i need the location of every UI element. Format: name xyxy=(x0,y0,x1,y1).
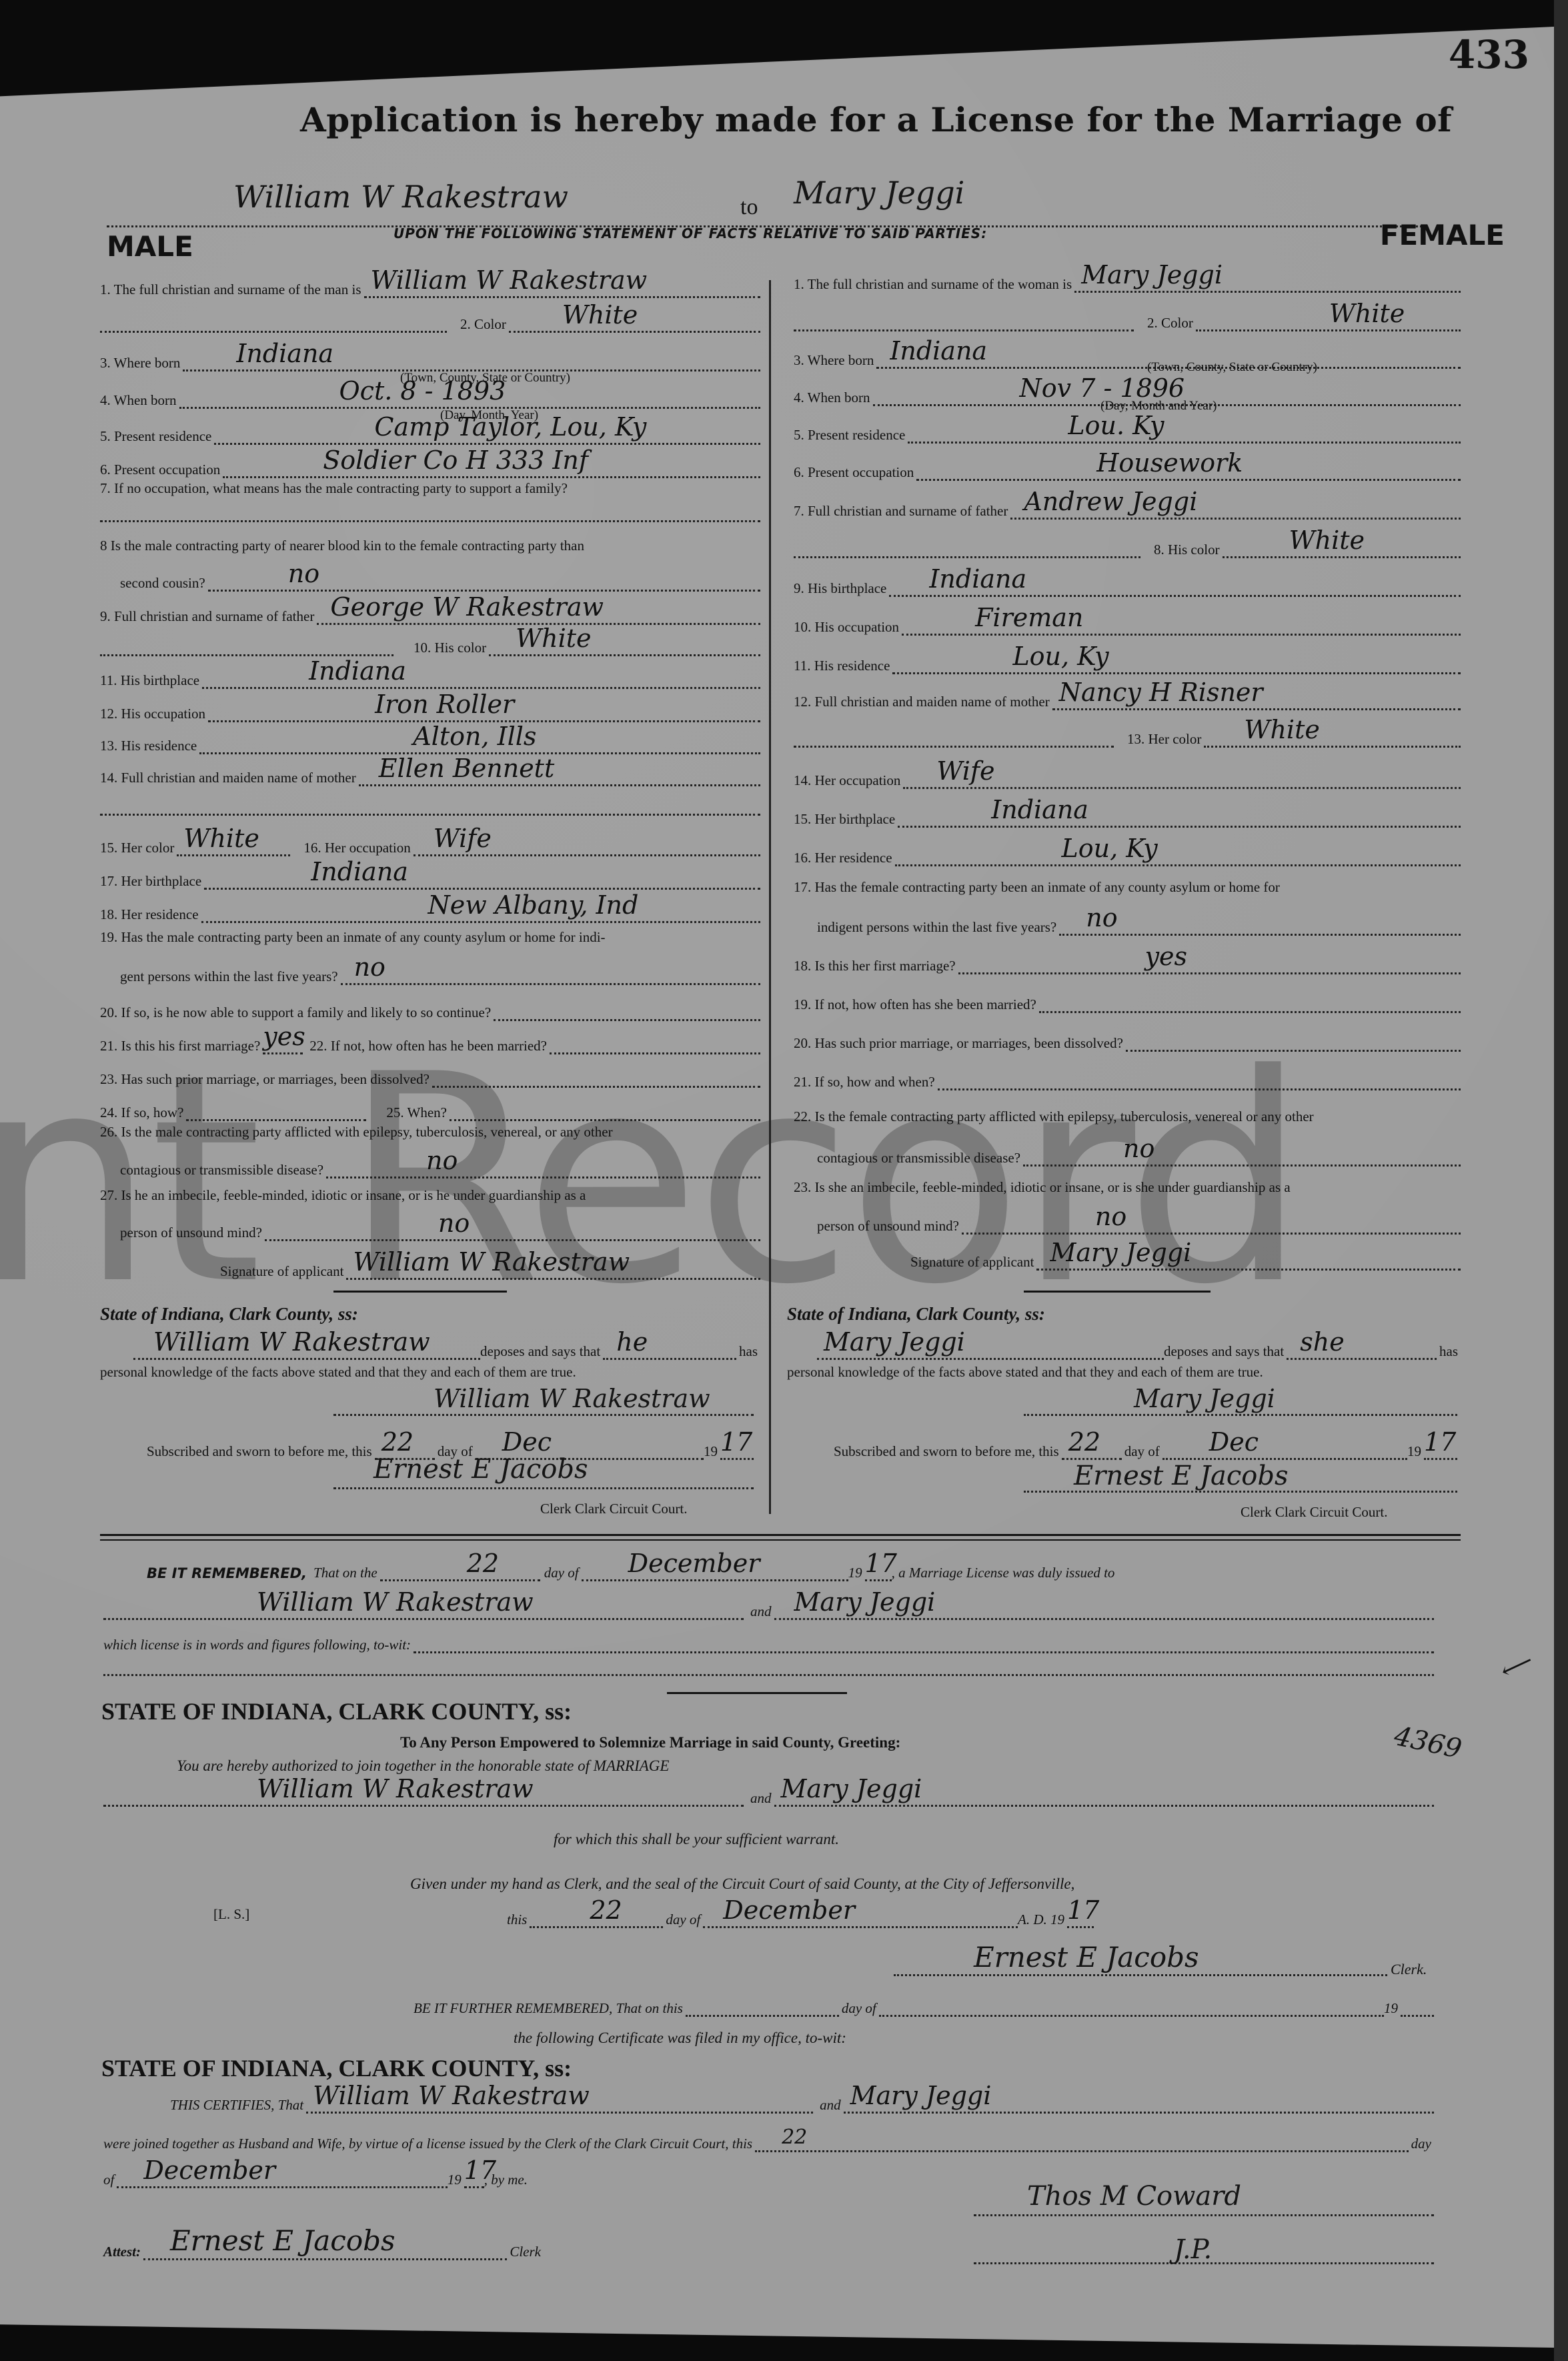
male-q19b: gent persons within the last five years?… xyxy=(120,966,760,985)
male-q22-label: 22. If not, how often has he been marrie… xyxy=(303,1038,550,1054)
female-q1: 1. The full christian and surname of the… xyxy=(794,273,1461,293)
male-q13: 13. His residence Alton, Ills xyxy=(100,735,760,754)
remembered-that-on: That on the xyxy=(309,1565,380,1581)
male-q16-label: 16. Her occupation xyxy=(290,840,413,856)
male-q9-value: George W Rakestraw xyxy=(330,592,604,622)
affidavit-female-has: has xyxy=(1437,1343,1461,1360)
male-q18-label: 18. Her residence xyxy=(100,906,201,923)
license-day-of: day of xyxy=(663,1911,703,1928)
male-q27-label: 27. Is he an imbecile, feeble-minded, id… xyxy=(100,1187,588,1204)
certificate-day-word: day xyxy=(1409,2136,1434,2152)
male-q17-label: 17. Her birthplace xyxy=(100,873,204,890)
female-q15: 15. Her birthplace Indiana xyxy=(794,808,1461,828)
remembered-day: 22 xyxy=(467,1549,499,1578)
male-q8: 8 Is the male contracting party of neare… xyxy=(100,538,760,554)
female-q5: 5. Present residence Lou. Ky xyxy=(794,424,1461,444)
female-q11-value: Lou, Ky xyxy=(1012,642,1108,671)
male-q5-value: Camp Taylor, Lou, Ky xyxy=(374,412,646,442)
male-q17-value: Indiana xyxy=(311,857,408,886)
affidavit-male-signature: William W Rakestraw xyxy=(434,1384,710,1413)
female-q12-label: 12. Full christian and maiden name of mo… xyxy=(794,694,1052,710)
female-q8: 8. His color White xyxy=(794,539,1461,558)
affidavit-female-clerk-title: Clerk Clark Circuit Court. xyxy=(1241,1504,1387,1521)
male-q12-value: Iron Roller xyxy=(375,690,514,719)
header-female-name: Mary Jeggi xyxy=(794,175,964,211)
female-q17b: indigent persons within the last five ye… xyxy=(817,916,1461,936)
female-q20: 20. Has such prior marriage, or marriage… xyxy=(794,1032,1461,1052)
female-q2-label: 2. Color xyxy=(1134,315,1196,331)
certificate-year-suffix: 17 xyxy=(464,2156,496,2185)
affidavit-female-line2: personal knowledge of the facts above st… xyxy=(787,1364,1263,1381)
male-q12: 12. His occupation Iron Roller xyxy=(100,703,760,722)
license-male: William W Rakestraw xyxy=(257,1774,534,1803)
female-q23-label: 23. Is she an imbecile, feeble-minded, i… xyxy=(794,1179,1293,1196)
female-q23-label2: person of unsound mind? xyxy=(817,1218,962,1235)
license-greeting: To Any Person Empowered to Solemnize Mar… xyxy=(400,1734,900,1751)
further-day-of: day of xyxy=(839,2000,879,2017)
affidavit-male-day: 22 xyxy=(381,1427,414,1457)
female-q12-value: Nancy H Risner xyxy=(1059,678,1263,707)
remembered-line3: which license is in words and figures fo… xyxy=(103,1634,1434,1653)
remembered-lead: BE IT REMEMBERED, xyxy=(147,1565,309,1581)
male-q13-label: 13. His residence xyxy=(100,738,199,754)
female-q1-label: 1. The full christian and surname of the… xyxy=(794,276,1074,293)
female-q20-label: 20. Has such prior marriage, or marriage… xyxy=(794,1035,1126,1052)
male-q23: 23. Has such prior marriage, or marriage… xyxy=(100,1068,760,1088)
remembered-male: William W Rakestraw xyxy=(257,1587,534,1617)
female-q14-value: Wife xyxy=(936,756,994,786)
affidavit-female-day: 22 xyxy=(1068,1427,1100,1457)
license-given: Given under my hand as Clerk, and the se… xyxy=(410,1875,1074,1893)
affidavit-female-year-prefix: 19 xyxy=(1407,1443,1424,1460)
license-clerk-signature: Ernest E Jacobs xyxy=(974,1941,1199,1974)
certificate-day: 22 xyxy=(782,2126,807,2149)
header-male-name: William W Rakestraw xyxy=(233,179,568,215)
male-q15-16: 15. Her color White 16. Her occupation W… xyxy=(100,837,760,856)
affidavit-female-year-suffix: 17 xyxy=(1424,1427,1456,1457)
certificate-certifies: THIS CERTIFIES, That xyxy=(170,2097,306,2114)
officiant-signature: Thos M Coward xyxy=(1027,2181,1241,2212)
license-authorized: You are hereby authorized to join togeth… xyxy=(177,1757,669,1775)
short-rule xyxy=(667,1692,847,1694)
female-q12: 12. Full christian and maiden name of mo… xyxy=(794,691,1461,710)
female-q19: 19. If not, how often has she been marri… xyxy=(794,994,1461,1013)
affidavit-male-year-suffix: 17 xyxy=(720,1427,752,1457)
female-q22-value: no xyxy=(1123,1134,1154,1163)
female-q6-label: 6. Present occupation xyxy=(794,464,916,481)
female-q15-label: 15. Her birthplace xyxy=(794,811,898,828)
male-signature-label: Signature of applicant xyxy=(220,1263,346,1280)
male-q11-label: 11. His birthplace xyxy=(100,672,202,689)
license-clerk-label: Clerk. xyxy=(1391,1961,1427,1978)
female-q10-value: Fireman xyxy=(975,603,1083,632)
affidavit-male-year-prefix: 19 xyxy=(704,1443,720,1460)
remembered-female: Mary Jeggi xyxy=(794,1587,936,1617)
female-q23: 23. Is she an imbecile, feeble-minded, i… xyxy=(794,1179,1461,1196)
female-q21: 21. If so, how and when? xyxy=(794,1071,1461,1090)
affidavit-female-heading: State of Indiana, Clark County, ss: xyxy=(787,1304,1045,1325)
female-signature: Mary Jeggi xyxy=(1050,1238,1191,1267)
male-q21-22: 21. Is this his first marriage? yes 22. … xyxy=(100,1035,760,1054)
male-q3: 3. Where born Indiana xyxy=(100,352,760,371)
affidavit-female-clerk-signature: Ernest E Jacobs xyxy=(1074,1461,1288,1491)
remembered-year-prefix: 19 xyxy=(848,1565,865,1581)
male-q6-value: Soldier Co H 333 Inf xyxy=(323,446,588,475)
male-q2-value: White xyxy=(562,300,638,329)
remembered-and: and xyxy=(744,1603,774,1620)
male-q24-label: 24. If so, how? xyxy=(100,1104,186,1121)
attest-label: Attest: xyxy=(103,2244,143,2260)
officiant-title: J.P. xyxy=(1174,2234,1212,2265)
page-title: Application is hereby made for a License… xyxy=(300,100,1452,139)
female-q8-label: 8. His color xyxy=(1140,542,1223,558)
affidavit-male-heading: State of Indiana, Clark County, ss: xyxy=(100,1304,358,1325)
female-q7-label: 7. Full christian and surname of father xyxy=(794,503,1010,520)
affidavit-female-month: Dec xyxy=(1209,1427,1259,1457)
male-q18: 18. Her residence New Albany, Ind xyxy=(100,904,760,923)
female-q19-label: 19. If not, how often has she been marri… xyxy=(794,996,1039,1013)
male-q1-value: William W Rakestraw xyxy=(371,265,648,295)
female-q3: 3. Where born Indiana xyxy=(794,349,1461,369)
female-signature-row: Signature of applicant Mary Jeggi xyxy=(910,1251,1461,1271)
male-q3-value: Indiana xyxy=(236,339,333,368)
female-q15-value: Indiana xyxy=(991,795,1088,824)
license-names: William W Rakestraw and Mary Jeggi xyxy=(103,1787,1434,1807)
male-q26-value: no xyxy=(426,1146,458,1175)
male-q5: 5. Present residence Camp Taylor, Lou, K… xyxy=(100,426,760,445)
male-q25-label: 25. When? xyxy=(366,1104,450,1121)
remembered-blank-line xyxy=(103,1674,1434,1676)
remembered-line1: BE IT REMEMBERED, That on the 22 day of … xyxy=(147,1562,1434,1581)
female-q22: 22. Is the female contracting party affl… xyxy=(794,1108,1461,1125)
further-line1: BE IT FURTHER REMEMBERED, That on this d… xyxy=(414,1998,1434,2017)
certificate-month: December xyxy=(143,2156,275,2185)
male-q11: 11. His birthplace Indiana xyxy=(100,670,760,689)
certificate-names: THIS CERTIFIES, That William W Rakestraw… xyxy=(170,2094,1434,2114)
female-q9-value: Indiana xyxy=(929,564,1026,594)
male-q21-value: yes xyxy=(263,1022,305,1051)
female-q18-label: 18. Is this her first marriage? xyxy=(794,958,958,974)
male-q21-label: 21. Is this his first marriage? xyxy=(100,1038,263,1054)
female-q5-label: 5. Present residence xyxy=(794,427,908,444)
certificate-female: Mary Jeggi xyxy=(850,2081,992,2110)
affidavit-female-sworn: Subscribed and sworn to before me, this … xyxy=(834,1441,1457,1460)
affidavit-male-clerk-signature: Ernest E Jacobs xyxy=(373,1454,588,1485)
male-q26: 26. Is the male contracting party afflic… xyxy=(100,1124,760,1140)
female-signature-label: Signature of applicant xyxy=(910,1254,1036,1271)
male-q7-line xyxy=(100,520,760,522)
male-section-label: MALE xyxy=(107,230,193,263)
certificate-of: of xyxy=(103,2172,117,2188)
further-lead: BE IT FURTHER REMEMBERED, That on this xyxy=(414,2000,686,2017)
license-year-suffix: 17 xyxy=(1067,1895,1099,1925)
male-q26-label: 26. Is the male contracting party afflic… xyxy=(100,1124,616,1140)
remembered-which: which license is in words and figures fo… xyxy=(103,1637,414,1653)
affidavit-male-sworn-label: Subscribed and sworn to before me, this xyxy=(147,1443,375,1460)
female-q6: 6. Present occupation Housework xyxy=(794,462,1461,481)
female-q8-value: White xyxy=(1289,526,1365,555)
affidavit-female-deposes: deposes and says that xyxy=(1164,1343,1287,1360)
male-q27: 27. Is he an imbecile, feeble-minded, id… xyxy=(100,1187,760,1204)
female-q7: 7. Full christian and surname of father … xyxy=(794,500,1461,520)
male-q26b: contagious or transmissible disease? no xyxy=(120,1159,760,1178)
female-q3-label: 3. Where born xyxy=(794,352,876,369)
header-connector: to xyxy=(740,195,758,220)
female-q13-label: 13. Her color xyxy=(1114,731,1204,748)
affidavit-male-line2: personal knowledge of the facts above st… xyxy=(100,1364,576,1381)
male-q11-value: Indiana xyxy=(309,656,406,686)
page-number: 433 xyxy=(1449,32,1529,77)
female-q21-label: 21. If so, how and when? xyxy=(794,1074,938,1090)
female-q17-value: no xyxy=(1086,903,1117,932)
further-line2: the following Certificate was filed in m… xyxy=(514,2030,846,2047)
female-q6-value: Housework xyxy=(1096,448,1243,478)
male-q19: 19. Has the male contracting party been … xyxy=(100,929,760,946)
male-q4: 4. When born Oct. 8 - 1893 xyxy=(100,389,760,409)
female-q17-label2: indigent persons within the last five ye… xyxy=(817,919,1059,936)
male-q8-value: no xyxy=(288,559,319,588)
license-seal: [L. S.] xyxy=(213,1906,249,1923)
certificate-male: William W Rakestraw xyxy=(313,2081,590,2110)
certificate-joined-row: were joined together as Husband and Wife… xyxy=(103,2133,1434,2152)
license-month: December xyxy=(723,1895,855,1925)
male-q12-label: 12. His occupation xyxy=(100,706,208,722)
male-q10: 10. His color White xyxy=(100,637,760,656)
female-q11: 11. His residence Lou, Ky xyxy=(794,655,1461,674)
male-q7-label: 7. If no occupation, what means has the … xyxy=(100,480,570,497)
certificate-heading: STATE OF INDIANA, CLARK COUNTY, ss: xyxy=(101,2054,572,2082)
male-q14-value: Ellen Bennett xyxy=(379,754,554,783)
male-q1: 1. The full christian and surname of the… xyxy=(100,279,760,298)
female-q3-value: Indiana xyxy=(890,336,987,365)
female-q23-value: no xyxy=(1095,1202,1126,1231)
male-q20-label: 20. If so, is he now able to support a f… xyxy=(100,1004,494,1021)
female-q22-label2: contagious or transmissible disease? xyxy=(817,1150,1023,1166)
male-q8-label: 8 Is the male contracting party of neare… xyxy=(100,538,587,554)
female-section-label: FEMALE xyxy=(1380,219,1505,251)
male-q17: 17. Her birthplace Indiana xyxy=(100,870,760,890)
female-q18-value: yes xyxy=(1145,942,1187,971)
male-signature: William W Rakestraw xyxy=(353,1247,630,1277)
license-female: Mary Jeggi xyxy=(781,1774,922,1803)
certificate-and: and xyxy=(813,2097,844,2114)
female-q11-label: 11. His residence xyxy=(794,658,892,674)
further-year-prefix: 19 xyxy=(1384,2000,1401,2017)
remembered-line2: William W Rakestraw and Mary Jeggi xyxy=(103,1601,1434,1620)
female-q9-label: 9. His birthplace xyxy=(794,580,889,597)
male-signature-rule xyxy=(333,1291,507,1293)
affidavit-female-name: Mary Jeggi xyxy=(824,1327,965,1357)
male-q3-label: 3. Where born xyxy=(100,355,183,371)
affidavit-female-pronoun: she xyxy=(1300,1327,1344,1357)
officiant-line xyxy=(974,2214,1434,2216)
female-q16-value: Lou, Ky xyxy=(1062,834,1158,863)
female-q10: 10. His occupation Fireman xyxy=(794,616,1461,636)
license-heading: STATE OF INDIANA, CLARK COUNTY, ss: xyxy=(101,1697,572,1725)
attest-clerk: Clerk xyxy=(507,2244,544,2260)
section-rule-bottom xyxy=(100,1539,1461,1541)
female-q2-value: White xyxy=(1329,299,1405,328)
female-q17: 17. Has the female contracting party bee… xyxy=(794,879,1461,896)
male-q10-label: 10. His color xyxy=(394,640,489,656)
female-q23b: person of unsound mind? no xyxy=(817,1215,1461,1235)
male-q26-label2: contagious or transmissible disease? xyxy=(120,1162,326,1178)
affidavit-male-name: William W Rakestraw xyxy=(153,1327,430,1357)
female-q7-value: Andrew Jeggi xyxy=(1024,487,1197,516)
male-q4-value: Oct. 8 - 1893 xyxy=(339,376,506,406)
statement-heading: UPON THE FOLLOWING STATEMENT OF FACTS RE… xyxy=(394,225,987,241)
female-place-hint: (Town, County, State or Country) xyxy=(1147,360,1317,375)
female-q13-value: White xyxy=(1244,715,1319,744)
male-q20: 20. If so, is he now able to support a f… xyxy=(100,1002,760,1021)
license-date: this 22 day of December A. D. 19 17 xyxy=(507,1909,1094,1928)
male-signature-row: Signature of applicant William W Rakestr… xyxy=(220,1261,760,1280)
male-q6-label: 6. Present occupation xyxy=(100,462,223,478)
license-ad: A. D. 19 xyxy=(1018,1911,1067,1928)
female-q14: 14. Her occupation Wife xyxy=(794,770,1461,789)
female-q16: 16. Her residence Lou, Ky xyxy=(794,847,1461,866)
female-q10-label: 10. His occupation xyxy=(794,619,902,636)
affidavit-male-signature-line xyxy=(333,1414,754,1416)
male-q5-label: 5. Present residence xyxy=(100,428,214,445)
female-q1-value: Mary Jeggi xyxy=(1081,260,1223,289)
male-q14-line xyxy=(100,814,760,816)
affidavit-female-signature-line xyxy=(1024,1414,1457,1416)
female-q17-label: 17. Has the female contracting party bee… xyxy=(794,879,1283,896)
female-q2: 2. Color White xyxy=(794,312,1461,331)
male-q7: 7. If no occupation, what means has the … xyxy=(100,480,760,497)
certificate-year-prefix: 19 xyxy=(448,2172,464,2188)
female-q16-label: 16. Her residence xyxy=(794,850,895,866)
column-divider xyxy=(769,280,771,1514)
female-q5-value: Lou. Ky xyxy=(1068,411,1164,440)
female-q13: 13. Her color White xyxy=(794,728,1461,748)
certificate-date-row: of December 19 17 , by me. xyxy=(103,2169,530,2188)
male-q2: 2. Color White xyxy=(100,313,760,333)
female-q4-label: 4. When born xyxy=(794,389,873,406)
male-q1-label: 1. The full christian and surname of the… xyxy=(100,281,364,298)
male-q19-value: no xyxy=(354,952,385,982)
license-day: 22 xyxy=(590,1895,622,1925)
female-q22-label: 22. Is the female contracting party affl… xyxy=(794,1108,1317,1125)
affidavit-male-clerk-title: Clerk Clark Circuit Court. xyxy=(540,1501,687,1517)
remembered-day-of: day of xyxy=(540,1565,582,1581)
female-signature-rule xyxy=(1024,1291,1211,1293)
remembered-month: December xyxy=(628,1549,760,1578)
male-q27-value: no xyxy=(438,1209,470,1238)
male-q10-value: White xyxy=(516,624,591,653)
male-q18-value: New Albany, Ind xyxy=(428,890,639,920)
male-q4-label: 4. When born xyxy=(100,392,179,409)
affidavit-male-line1: William W Rakestraw deposes and says tha… xyxy=(133,1341,760,1360)
male-q8-label2: second cousin? xyxy=(120,575,208,592)
attest-row: Attest: Ernest E Jacobs Clerk xyxy=(103,2241,544,2260)
male-q14-label: 14. Full christian and maiden name of mo… xyxy=(100,770,359,786)
remembered-issued: , a Marriage License was duly issued to xyxy=(892,1565,1118,1581)
male-q6: 6. Present occupation Soldier Co H 333 I… xyxy=(100,459,760,478)
male-q8b: second cousin? no xyxy=(120,572,760,592)
male-q15-value: White xyxy=(183,824,259,853)
male-q9: 9. Full christian and surname of father … xyxy=(100,606,760,625)
affidavit-male-pronoun: he xyxy=(616,1327,648,1357)
male-q9-label: 9. Full christian and surname of father xyxy=(100,608,317,625)
male-q13-value: Alton, Ills xyxy=(413,722,536,751)
affidavit-female-day-of: day of xyxy=(1122,1443,1162,1460)
license-this: this xyxy=(507,1911,530,1928)
male-q2-label: 2. Color xyxy=(447,316,509,333)
attest-signature: Ernest E Jacobs xyxy=(170,2224,396,2257)
section-rule-top xyxy=(100,1534,1461,1536)
affidavit-female-signature: Mary Jeggi xyxy=(1134,1384,1275,1413)
affidavit-female-sworn-label: Subscribed and sworn to before me, this xyxy=(834,1443,1062,1460)
male-q27-label2: person of unsound mind? xyxy=(120,1225,265,1241)
male-q16-value: Wife xyxy=(434,824,492,853)
male-q19-label2: gent persons within the last five years? xyxy=(120,968,341,985)
male-q24-25: 24. If so, how? 25. When? xyxy=(100,1102,760,1121)
female-q14-label: 14. Her occupation xyxy=(794,772,903,789)
affidavit-male-has: has xyxy=(736,1343,760,1360)
affidavit-male-month: Dec xyxy=(502,1427,552,1457)
license-and: and xyxy=(744,1790,774,1807)
female-q18: 18. Is this her first marriage? yes xyxy=(794,955,1461,974)
male-q23-label: 23. Has such prior marriage, or marriage… xyxy=(100,1071,432,1088)
license-warrant: for which this shall be your sufficient … xyxy=(554,1831,839,1848)
affidavit-male-deposes: deposes and says that xyxy=(480,1343,603,1360)
female-q9: 9. His birthplace Indiana xyxy=(794,578,1461,597)
affidavit-female-line1: Mary Jeggi deposes and says that she has xyxy=(817,1341,1461,1360)
male-q19-label: 19. Has the male contracting party been … xyxy=(100,929,608,946)
male-q15-label: 15. Her color xyxy=(100,840,177,856)
certificate-joined: were joined together as Husband and Wife… xyxy=(103,2136,755,2152)
affidavit-male-clerk-line xyxy=(333,1487,754,1489)
remembered-year-suffix: 17 xyxy=(865,1549,897,1578)
female-q22b: contagious or transmissible disease? no xyxy=(817,1147,1461,1166)
license-clerk-line xyxy=(894,1974,1387,1976)
male-q27b: person of unsound mind? no xyxy=(120,1222,760,1241)
scan-edge xyxy=(1554,0,1568,2361)
male-q14: 14. Full christian and maiden name of mo… xyxy=(100,767,760,786)
